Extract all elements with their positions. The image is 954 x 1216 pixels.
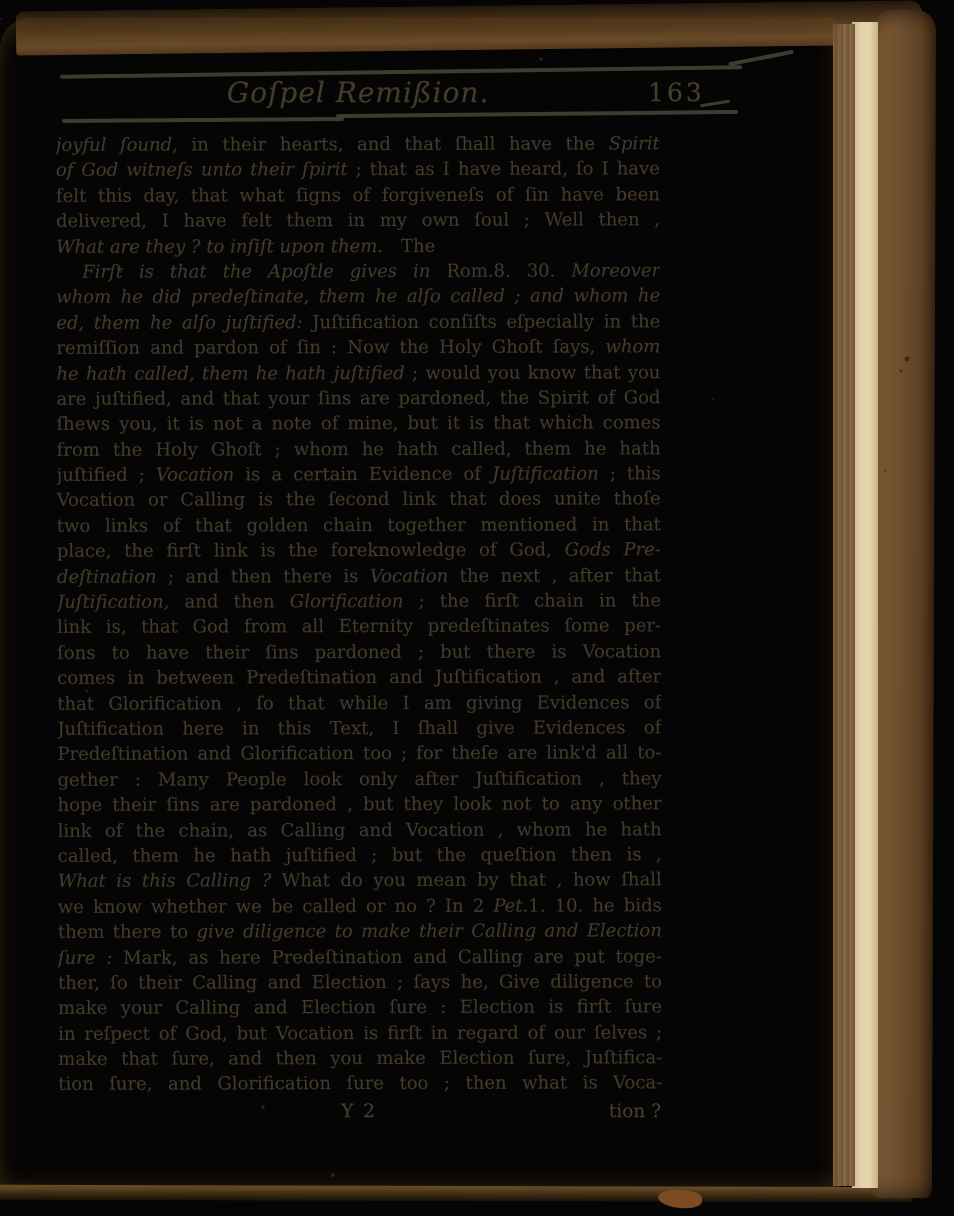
- text-line: ſhews you, it is not a note of mine, but…: [56, 411, 660, 438]
- text-line: link is, that God from all Eternity pred…: [57, 614, 661, 641]
- text-line: are juſtified, and that your ſins are pa…: [56, 385, 660, 412]
- text-line: ſons to have their ſins pardoned ; but t…: [57, 639, 661, 666]
- text-line: them there to give diligence to make the…: [58, 918, 662, 945]
- book-photograph: Goſpel Remißion. 163 joyful ſound, in th…: [0, 0, 954, 1216]
- page-block-edge: [852, 22, 878, 1188]
- text-line: he hath called, them he hath juſtified ;…: [56, 360, 660, 387]
- book-page: Goſpel Remißion. 163 joyful ſound, in th…: [0, 18, 840, 1190]
- text-line: whom he did predeſtinate, them he alſo c…: [56, 284, 660, 311]
- leather-chip: [657, 1188, 702, 1209]
- text-line: Firſt is that the Apoſtle gives in Rom.8…: [56, 258, 660, 285]
- text-line: ſure : Mark, as here Predeſtination and …: [58, 944, 662, 971]
- catchword: tion ?: [377, 1101, 661, 1122]
- header-rule-top-tick: [728, 50, 793, 66]
- text-line: remiſſion and pardon of ſin : Now the Ho…: [56, 334, 660, 361]
- body-text: joyful ſound, in their hearts, and that …: [56, 131, 663, 1097]
- text-line: we know whether we be called or no ? In …: [58, 893, 662, 920]
- text-line: Juſtification here in this Text, I ſhall…: [57, 715, 661, 742]
- text-line: deſtination ; and then there is Vocation…: [57, 563, 661, 590]
- header-rule-bottom-left: [62, 117, 344, 122]
- text-line: hope their ſins are pardoned , but they …: [57, 791, 661, 818]
- text-line: Predeſtination and Glorification too ; f…: [57, 741, 661, 768]
- paper-specks: [0, 18, 2, 20]
- text-line: two links of that golden chain together …: [57, 512, 661, 539]
- running-title: Goſpel Remißion.: [58, 76, 658, 109]
- header-rule-bottom-right: [336, 110, 738, 118]
- text-line: Vocation or Calling is the ſecond link t…: [57, 487, 661, 514]
- page-number: 163: [648, 78, 705, 107]
- text-line: from the Holy Ghoſt ; whom he hath calle…: [57, 436, 661, 463]
- text-line: place, the firſt link is the foreknowled…: [57, 537, 661, 564]
- text-line: of God witneſs unto their ſpirit ; that …: [56, 157, 660, 184]
- text-line: in reſpect of God, but Vocation is firſt…: [58, 1020, 662, 1047]
- text-line: juſtified ; Vocation is a certain Eviden…: [57, 461, 661, 488]
- text-line: comes in between Predeſtination and Juſt…: [57, 664, 661, 691]
- text-line: ther, ſo their Calling and Election ; ſa…: [58, 969, 662, 996]
- book-cover-right-board: [872, 10, 936, 1198]
- text-line: joyful ſound, in their hearts, and that …: [56, 131, 660, 158]
- signature-line: Y 2 tion ?: [57, 1101, 661, 1122]
- text-line: called, them he hath juſtified ; but the…: [58, 842, 662, 869]
- text-line: What are they ? to inſiſt upon them. The: [56, 233, 660, 260]
- text-line: tion ſure, and Glorification ſure too ; …: [58, 1071, 662, 1098]
- text-line: gether : Many People look only after Juſ…: [57, 766, 661, 793]
- text-line: Juſtification, and then Glorification ; …: [57, 588, 661, 615]
- text-line: ed, them he alſo juſtified: Juſtificatio…: [56, 309, 660, 336]
- text-line: make your Calling and Election ſure : El…: [58, 994, 662, 1021]
- text-line: felt this day, that what ſigns of forgiv…: [56, 182, 660, 209]
- text-line: make that ſure, and then you make Electi…: [58, 1045, 662, 1072]
- gathering-signature: Y 2: [341, 1101, 377, 1122]
- text-line: that Glorification , ſo that while I am …: [57, 690, 661, 717]
- text-line: What is this Calling ? What do you mean …: [58, 868, 662, 895]
- text-line: link of the chain, as Calling and Vocati…: [58, 817, 662, 844]
- text-line: delivered, I have felt them in my own ſo…: [56, 207, 660, 234]
